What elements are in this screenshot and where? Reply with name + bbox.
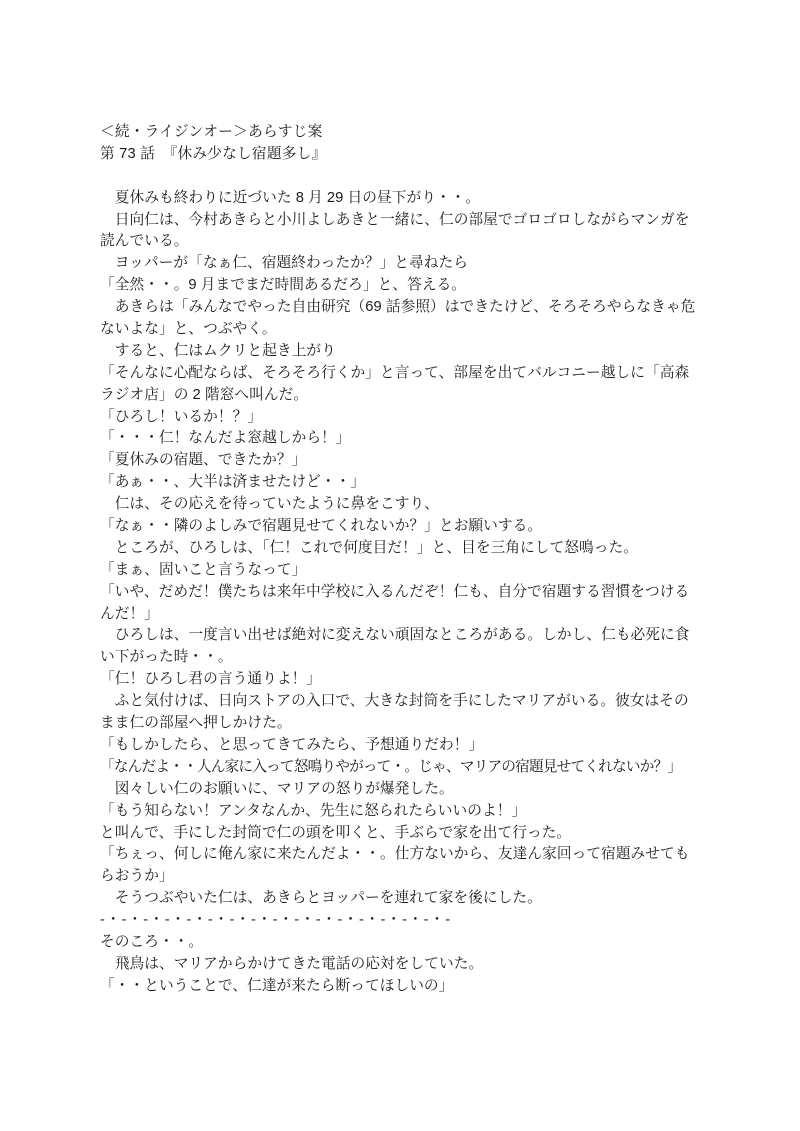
text-line: 「まぁ、固いこと言うなって」 [100, 560, 722, 582]
text-line: 仁は、その応えを待っていたように鼻をこすり、 [100, 494, 722, 516]
text-line: すると、仁はムクリと起き上がり [100, 341, 722, 363]
text-line: ところが、ひろしは、「仁！これで何度目だ！」と、目を三角にして怒鳴った。 [100, 538, 722, 560]
text-line: ラジオ店」の 2 階窓へ叫んだ。 [100, 385, 722, 407]
text-line: まま仁の部屋へ押しかけた。 [100, 713, 722, 735]
text-line: 「もう知らない！アンタなんか、先生に怒られたらいいのよ！」 [100, 801, 722, 823]
text-line: 「そんなに心配ならば、そろそろ行くか」と言って、部屋を出てバルコニー越しに「高森 [100, 363, 722, 385]
text-line: 「全然・・。9 月までまだ時間あるだろ」と、答える。 [100, 275, 722, 297]
blank-line [100, 166, 722, 188]
text-line: 「あぁ・・、大半は済ませたけど・・」 [100, 472, 722, 494]
text-line: と叫んで、手にした封筒で仁の頭を叩くと、手ぶらで家を出て行った。 [100, 823, 722, 845]
episode-title: 第 73 話 『休み少なし宿題多し』 [100, 144, 722, 166]
text-line: 日向仁は、今村あきらと小川よしあきと一緒に、仁の部屋でゴロゴロしながらマンガを [100, 210, 722, 232]
separator-line: -・-・-・-・-・-・-・-・-・-・-・-・-・-・-・-・- [100, 910, 722, 932]
text-line: 「ちぇっ、何しに俺ん家に来たんだよ・・。仕方ないから、友達ん家回って宿題みせても [100, 844, 722, 866]
text-line: んだ！」 [100, 604, 722, 626]
text-line: 「仁！ひろし君の言う通りよ！」 [100, 669, 722, 691]
text-line: ないよな」と、つぶやく。 [100, 319, 722, 341]
text-line: 「なぁ・・隣のよしみで宿題見せてくれないか？」とお願いする。 [100, 516, 722, 538]
text-line: 「なんだよ・・人ん家に入って怒鳴りやがって・。じゃ、マリアの宿題見せてくれないか… [100, 757, 722, 779]
text-line: ヨッパーが「なぁ仁、宿題終わったか？」と尋ねたら [100, 253, 722, 275]
doc-title: ＜続・ライジンオー＞あらすじ案 [100, 122, 722, 144]
text-line: 「・・ということで、仁達が来たら断ってほしいの」 [100, 976, 722, 998]
text-line: らおうか」 [100, 866, 722, 888]
text-line: 「もしかしたら、と思ってきてみたら、予想通りだわ！」 [100, 735, 722, 757]
text-line: 「・・・仁！なんだよ窓越しから！」 [100, 428, 722, 450]
text-line: 夏休みも終わりに近づいた 8 月 29 日の昼下がり・・。 [100, 188, 722, 210]
text-line: 「夏休みの宿題、できたか？」 [100, 450, 722, 472]
text-line: あきらは「みんなでやった自由研究（69 話参照）はできたけど、そろそろやらなきゃ… [100, 297, 722, 319]
text-line: 飛鳥は、マリアからかけてきた電話の応対をしていた。 [100, 954, 722, 976]
text-line: 「ひろし！いるか！？」 [100, 407, 722, 429]
text-line: ひろしは、一度言い出せば絶対に変えない頑固なところがある。しかし、仁も必死に食 [100, 625, 722, 647]
text-line: そのころ・・。 [100, 932, 722, 954]
text-line: い下がった時・・。 [100, 647, 722, 669]
text-line: 図々しい仁のお願いに、マリアの怒りが爆発した。 [100, 779, 722, 801]
text-line: 読んでいる。 [100, 231, 722, 253]
text-line: 「いや、だめだ！僕たちは来年中学校に入るんだぞ！仁も、自分で宿題する習慣をつける [100, 582, 722, 604]
text-line: ふと気付けば、日向ストアの入口で、大きな封筒を手にしたマリアがいる。彼女はその [100, 691, 722, 713]
text-line: そうつぶやいた仁は、あきらとヨッパーを連れて家を後にした。 [100, 888, 722, 910]
document-content: ＜続・ライジンオー＞あらすじ案第 73 話 『休み少なし宿題多し』 夏休みも終わ… [100, 122, 722, 998]
document-page: ＜続・ライジンオー＞あらすじ案第 73 話 『休み少なし宿題多し』 夏休みも終わ… [0, 0, 800, 1131]
